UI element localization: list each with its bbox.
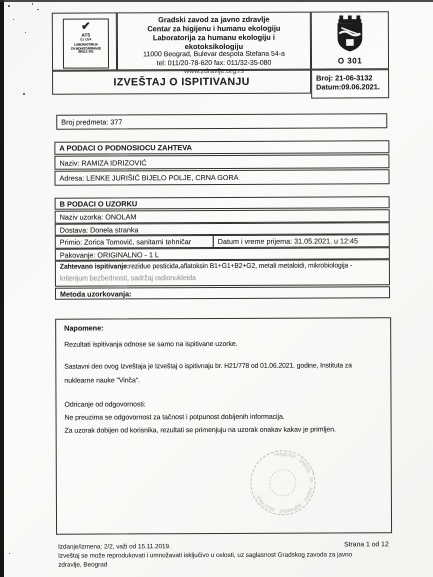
requested-tests-line1: rezidue pesticida,aflatoksin B1+G1+B2+G2…: [129, 262, 352, 270]
footer-reproduction-2: zdravlje, Beograd: [58, 561, 107, 568]
notes-box: Napomene: Rezultati ispitivanja odnose s…: [55, 317, 392, 534]
reception-datetime-cell: Datum i vreme prijema: 31.05.2021. u 12:…: [213, 234, 390, 248]
sampling-method-row: Metoda uzorkovanja:: [55, 286, 390, 299]
report-date: Datum:09.06.2021.: [316, 83, 388, 93]
note-results-scope: Rezultati ispitivanja odnose se samo na …: [64, 341, 237, 349]
report-number: Broj: 21-06-3132: [316, 73, 388, 83]
ats-checkmark-icon: ✔: [81, 22, 90, 33]
received-by-row: Primio: Zorica Tomović, sanitarni tehnič…: [55, 235, 214, 249]
disclaimer-line2: Za uzorak dobijen od korisnika, rezultat…: [65, 426, 336, 434]
case-number: Broj predmeta: 377: [56, 113, 387, 129]
institution-address: 11000 Beograd, Bulevar despota Stefana 5…: [118, 51, 310, 60]
report-number-date: Broj: 21-06-3132 Datum:09.06.2021.: [311, 69, 389, 98]
header-ats-cell: ✔ ATS 01-094 LABORATORIJA ZA MONITORIRAN…: [52, 12, 117, 70]
note-attachment-1: Sastavni deo ovog Izveštaja je Izveštaj …: [64, 362, 352, 370]
section-b-title: B PODACI O UZORKU: [55, 196, 390, 209]
header-emblem-cell: O 301: [311, 11, 389, 69]
ats-small-text: LABORATORIJA ZA MONITORIRANJE BROJ: 301: [71, 44, 101, 55]
scanned-report-page: ✔ ATS 01-094 LABORATORIJA ZA MONITORIRAN…: [0, 0, 433, 577]
disclaimer-line1: Ne preuzima se odgovornost za tačnost i …: [65, 414, 285, 422]
ats-accreditation-badge: ✔ ATS 01-094 LABORATORIJA ZA MONITORIRAN…: [63, 18, 109, 68]
ats-number: 01-094: [80, 38, 91, 42]
requested-tests-label: Zahtevano ispitivanje:: [60, 263, 129, 270]
svg-text:····: ····: [281, 483, 288, 489]
applicant-address-row: Adresa: LENKE JURIŠIĆ BIJELO POLJE, CRNA…: [54, 169, 389, 185]
header-institution-cell: Gradski zavod za javno zdravlje Centar z…: [117, 12, 311, 71]
notes-title: Napomene:: [64, 323, 103, 332]
disclaimer-title: Odricanje od odgovornosti:: [64, 401, 145, 408]
note-attachment-2: nuklearne nauke "Vinča".: [64, 377, 140, 384]
report-title: IZVEŠTAJ O ISPITIVANJU: [52, 70, 311, 95]
document-content: ✔ ATS 01-094 LABORATORIJA ZA MONITORIRAN…: [0, 0, 433, 577]
section-a-title: A PODACI O PODNOSIOCU ZAHTEVA: [54, 140, 389, 154]
requested-tests-line2: kriterijum bezbednosti, sadržaj radionuk…: [60, 272, 389, 285]
requested-tests-row: Zahtevano ispitivanje:rezidue pesticida,…: [55, 259, 390, 286]
footer-edition: Izdanje/izmena: 2/2, važi od 15.11.2019.: [58, 543, 171, 550]
footer-reproduction-1: Izveštaj se može reprodukovati i umnožav…: [58, 551, 352, 559]
page-indicator: Strana 1 od 12: [344, 541, 389, 548]
belgrade-coat-of-arms-icon: [333, 15, 367, 53]
emblem-code: O 301: [312, 56, 388, 65]
applicant-name-row: Naziv: RAMIZA IDRIZOVIĆ: [54, 154, 389, 169]
